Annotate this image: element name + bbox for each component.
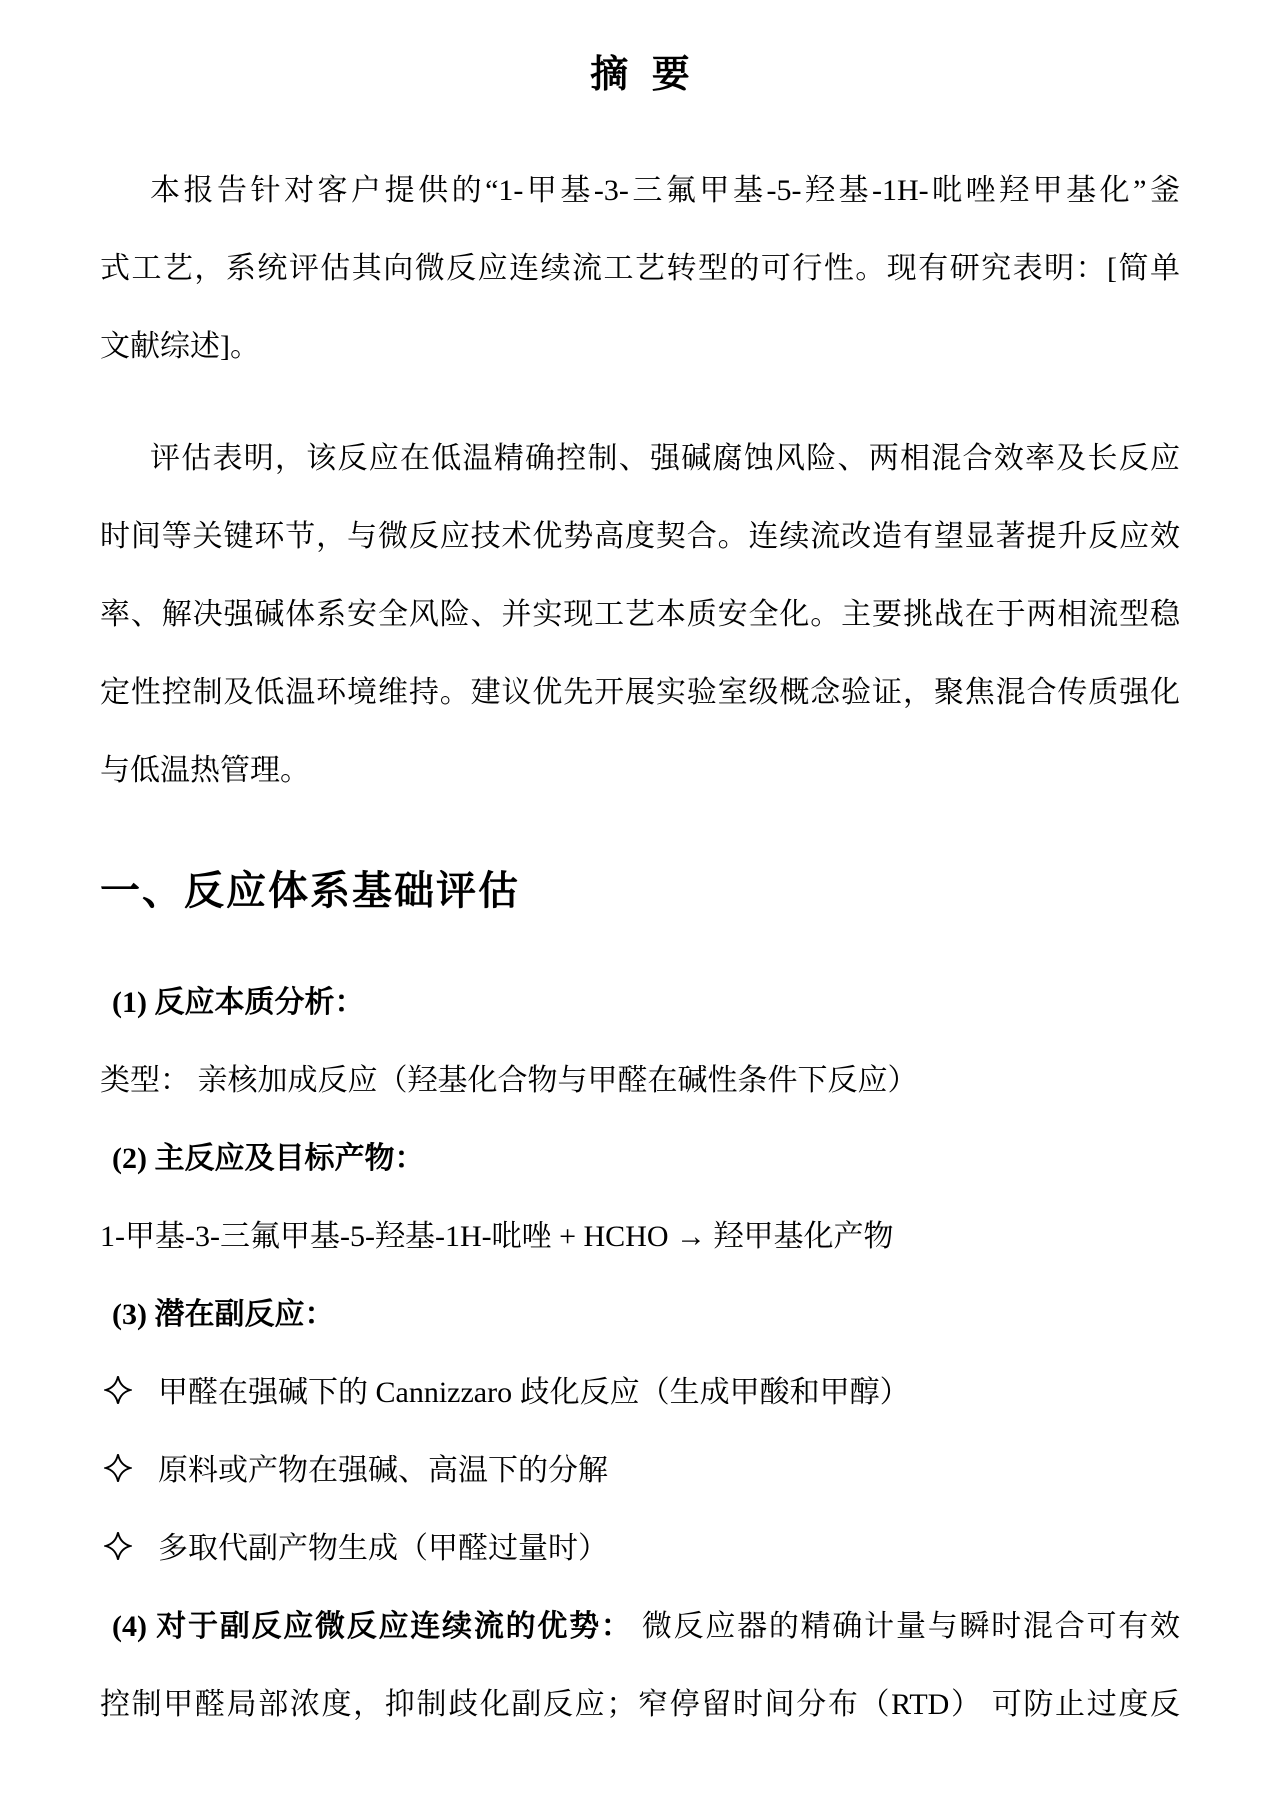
- four-pointed-star-icon: [104, 1375, 132, 1405]
- item-4-continuation: 微反应器的精确计量与瞬时混合可有效: [642, 1610, 1180, 1643]
- item-4-line-2: 控制甲醛局部浓度，抑制歧化副反应；窄停留时间分布（RTD） 可防止过度反: [100, 1666, 1180, 1744]
- bullet-item: 甲醛在强碱下的 Cannizzaro 歧化反应（生成甲酸和甲醇）: [100, 1354, 1180, 1432]
- paragraph-line: 式工艺，系统评估其向微反应连续流工艺转型的可行性。现有研究表明：[简单: [100, 230, 1180, 308]
- bullet-text: 多取代副产物生成（甲醛过量时）: [158, 1510, 608, 1588]
- paragraph-line: 定性控制及低温环境维持。建议优先开展实验室级概念验证，聚焦混合传质强化: [100, 654, 1180, 732]
- item-4-line-1: (4) 对于副反应微反应连续流的优势： 微反应器的精确计量与瞬时混合可有效: [100, 1588, 1180, 1666]
- item-3-label-line: (3) 潜在副反应：: [100, 1276, 1180, 1354]
- abstract-paragraph-1: 本报告针对客户提供的“1-甲基-3-三氟甲基-5-羟基-1H-吡唑羟甲基化”釜 …: [100, 152, 1180, 386]
- document-page: 摘 要 本报告针对客户提供的“1-甲基-3-三氟甲基-5-羟基-1H-吡唑羟甲基…: [0, 0, 1280, 1810]
- item-1-label-line: (1) 反应本质分析：: [100, 964, 1180, 1042]
- item-3-label: (3) 潜在副反应：: [112, 1298, 334, 1331]
- item-1-body: 类型： 亲核加成反应（羟基化合物与甲醛在碱性条件下反应）: [100, 1042, 1180, 1120]
- page-content: 摘 要 本报告针对客户提供的“1-甲基-3-三氟甲基-5-羟基-1H-吡唑羟甲基…: [100, 0, 1180, 1744]
- item-2-label: (2) 主反应及目标产物：: [112, 1142, 424, 1175]
- paragraph-line: 文献综述]。: [100, 308, 1180, 386]
- paragraph-line: 与低温热管理。: [100, 732, 1180, 810]
- four-pointed-star-icon: [104, 1531, 132, 1561]
- bullet-item: 多取代副产物生成（甲醛过量时）: [100, 1510, 1180, 1588]
- paragraph-line: 本报告针对客户提供的“1-甲基-3-三氟甲基-5-羟基-1H-吡唑羟甲基化”釜: [100, 152, 1180, 230]
- four-pointed-star-icon: [104, 1453, 132, 1483]
- bullet-text: 甲醛在强碱下的 Cannizzaro 歧化反应（生成甲酸和甲醇）: [158, 1354, 910, 1432]
- item-1-label: (1) 反应本质分析：: [112, 986, 364, 1019]
- paragraph-line: 率、解决强碱体系安全风险、并实现工艺本质安全化。主要挑战在于两相流型稳: [100, 576, 1180, 654]
- item-2-body reaction-equation: 1-甲基-3-三氟甲基-5-羟基-1H-吡唑 + HCHO → 羟甲基化产物: [100, 1198, 1180, 1276]
- paragraph-line: 时间等关键环节，与微反应技术优势高度契合。连续流改造有望显著提升反应效: [100, 498, 1180, 576]
- bullet-item: 原料或产物在强碱、高温下的分解: [100, 1432, 1180, 1510]
- item-4-label: (4) 对于副反应微反应连续流的优势：: [112, 1610, 633, 1643]
- section-items: (1) 反应本质分析： 类型： 亲核加成反应（羟基化合物与甲醛在碱性条件下反应）…: [100, 964, 1180, 1744]
- bullet-text: 原料或产物在强碱、高温下的分解: [158, 1432, 608, 1510]
- paragraph-line: 评估表明，该反应在低温精确控制、强碱腐蚀风险、两相混合效率及长反应: [100, 420, 1180, 498]
- item-2-label-line: (2) 主反应及目标产物：: [100, 1120, 1180, 1198]
- section-heading: 一、反应体系基础评估: [100, 854, 1180, 928]
- abstract-paragraph-2: 评估表明，该反应在低温精确控制、强碱腐蚀风险、两相混合效率及长反应 时间等关键环…: [100, 420, 1180, 810]
- page-title: 摘 要: [100, 50, 1180, 100]
